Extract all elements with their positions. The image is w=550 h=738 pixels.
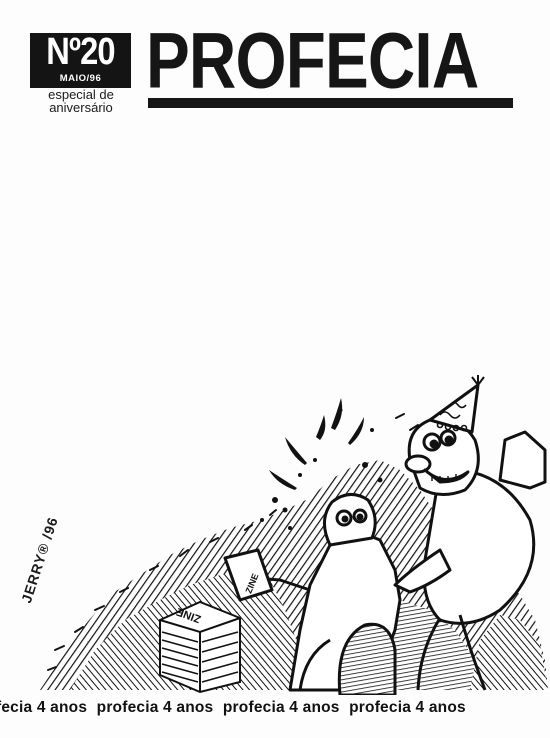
cover-illustration: ZINE ZINE: [0, 370, 550, 695]
magazine-cover: Nº20 MAIO/96 especial de aniversário PRO…: [0, 0, 550, 738]
title-underline: [148, 98, 513, 108]
zine-stack: ZINE: [160, 602, 240, 692]
footer-text: profecia 4 anos: [97, 699, 214, 716]
cartoon-drawing: ZINE ZINE: [0, 370, 550, 695]
issue-number: Nº20: [37, 32, 124, 72]
subtitle: especial de aniversário: [28, 88, 134, 114]
magazine-title: PROFECIA: [146, 26, 448, 97]
subtitle-line-2: aniversário: [28, 101, 134, 114]
footer-text: profecia 4 anos: [349, 699, 466, 716]
footer-band: fecia 4 anos profecia 4 anos profecia 4 …: [0, 699, 550, 717]
issue-badge: Nº20 MAIO/96: [30, 33, 131, 88]
issue-date: MAIO/96: [30, 73, 131, 84]
footer-text: fecia 4 anos: [0, 699, 87, 716]
footer-text: profecia 4 anos: [223, 699, 340, 716]
